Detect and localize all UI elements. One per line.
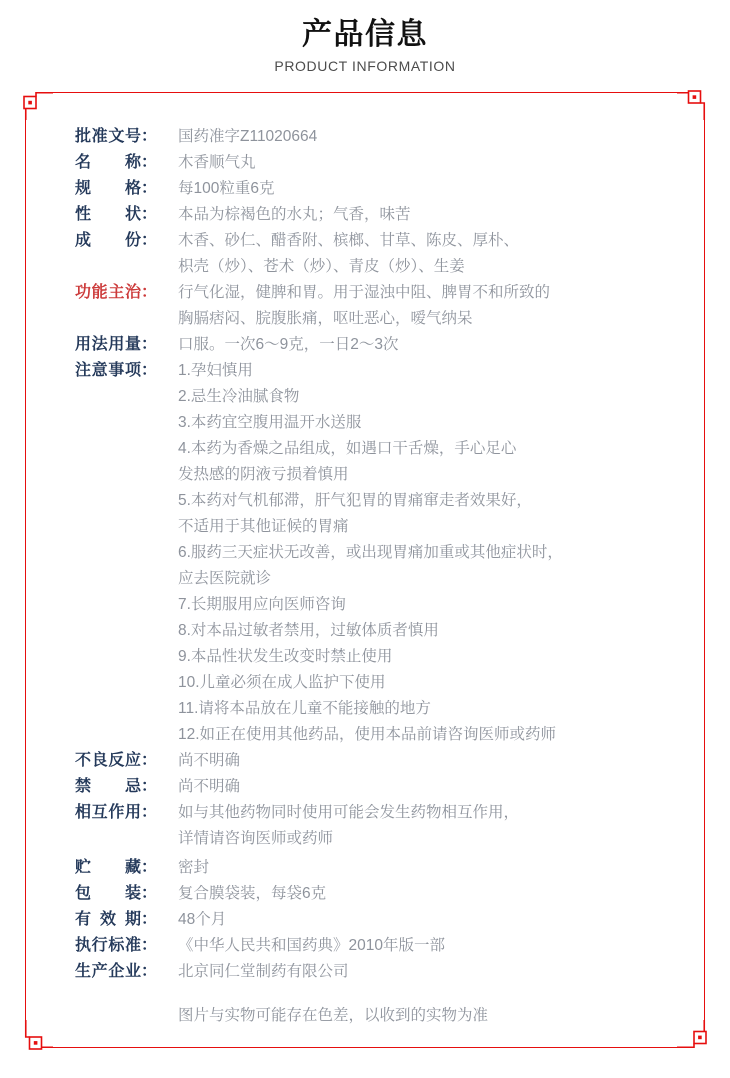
field-value: 2.忌生冷油腻食物 <box>178 384 660 410</box>
field-label: 不良反应 <box>75 748 141 774</box>
field-label: 注意事项 <box>75 358 141 384</box>
row-precautions: 注意事项： 1.孕妇慎用 2.忌生冷油腻食物 3.本药宜空腹用温开水送服 4.本… <box>75 358 660 748</box>
field-label: 功能主治 <box>75 280 141 306</box>
label-colon: ： <box>141 778 157 795</box>
field-value: 发热感的阴液亏损着慎用 <box>178 462 660 488</box>
label-colon: ： <box>141 284 157 301</box>
field-value: 复合膜袋装，每袋6克 <box>178 881 660 907</box>
field-value: 北京同仁堂制药有限公司 <box>178 959 660 985</box>
product-info-page: 产品信息 PRODUCT INFORMATION <box>0 0 730 1078</box>
field-value: 行气化湿，健脾和胃。用于湿浊中阻、脾胃不和所致的 <box>178 280 660 306</box>
field-value: 木香顺气丸 <box>178 150 660 176</box>
label-colon: ： <box>141 963 157 980</box>
label-colon: ： <box>141 937 157 954</box>
field-value: 尚不明确 <box>178 748 660 774</box>
field-value: 12.如正在使用其他药品，使用本品前请咨询医师或药师 <box>178 722 660 748</box>
field-value: 密封 <box>178 855 660 881</box>
label-colon: ： <box>141 336 157 353</box>
label-colon: ： <box>141 232 157 249</box>
color-difference-disclaimer: 图片与实物可能存在色差，以收到的实物为准 <box>178 1003 660 1029</box>
row-interactions: 相互作用： 如与其他药物同时使用可能会发生药物相互作用， 详情请咨询医师或药师 <box>75 800 660 852</box>
field-value: 3.本药宜空腹用温开水送服 <box>178 410 660 436</box>
label-colon: ： <box>141 180 157 197</box>
row-character: 性状： 本品为棕褐色的水丸；气香，味苦 <box>75 202 660 228</box>
field-value: 详情请咨询医师或药师 <box>178 826 660 852</box>
row-spec: 规格： 每100粒重6克 <box>75 176 660 202</box>
field-label: 相互作用 <box>75 800 141 826</box>
product-fields: 批准文号： 国药准字Z11020664 名称： 木香顺气丸 规格： 每100粒重… <box>75 124 660 1029</box>
field-label: 批准文号 <box>75 124 141 150</box>
field-value: 不适用于其他证候的胃痛 <box>178 514 660 540</box>
corner-knot-icon <box>677 1020 711 1054</box>
field-label: 包装 <box>75 881 141 907</box>
field-label: 名称 <box>75 150 141 176</box>
field-value: 1.孕妇慎用 <box>178 358 660 384</box>
field-label: 性状 <box>75 202 141 228</box>
field-value: 口服。一次6～9克，一日2～3次 <box>178 332 660 358</box>
label-colon: ： <box>141 154 157 171</box>
field-value: 4.本药为香燥之品组成，如遇口干舌燥，手心足心 <box>178 436 660 462</box>
label-colon: ： <box>141 911 157 928</box>
row-name: 名称： 木香顺气丸 <box>75 150 660 176</box>
label-colon: ： <box>141 752 157 769</box>
row-shelf-life: 有效期： 48个月 <box>75 907 660 933</box>
field-label: 成份 <box>75 228 141 254</box>
field-value: 7.长期服用应向医师咨询 <box>178 592 660 618</box>
field-value: 8.对本品过敏者禁用，过敏体质者慎用 <box>178 618 660 644</box>
field-value: 如与其他药物同时使用可能会发生药物相互作用， <box>178 800 660 826</box>
field-value: 枳壳（炒）、苍术（炒）、青皮（炒）、生姜 <box>178 254 660 280</box>
label-colon: ： <box>141 804 157 821</box>
corner-knot-icon <box>677 86 711 120</box>
field-value: 本品为棕褐色的水丸；气香，味苦 <box>178 202 660 228</box>
field-value: 国药准字Z11020664 <box>178 124 660 150</box>
page-subtitle: PRODUCT INFORMATION <box>0 58 730 74</box>
row-ingredients: 成份： 木香、砂仁、醋香附、槟榔、甘草、陈皮、厚朴、 枳壳（炒）、苍术（炒）、青… <box>75 228 660 280</box>
row-adverse-reactions: 不良反应： 尚不明确 <box>75 748 660 774</box>
label-colon: ： <box>141 206 157 223</box>
corner-knot-icon <box>19 1020 53 1054</box>
row-manufacturer: 生产企业： 北京同仁堂制药有限公司 <box>75 959 660 985</box>
row-indications: 功能主治： 行气化湿，健脾和胃。用于湿浊中阻、脾胃不和所致的 胸膈痞闷、脘腹胀痛… <box>75 280 660 332</box>
row-storage: 贮藏： 密封 <box>75 855 660 881</box>
field-value: 9.本品性状发生改变时禁止使用 <box>178 644 660 670</box>
row-contraindications: 禁忌： 尚不明确 <box>75 774 660 800</box>
row-dosage: 用法用量： 口服。一次6～9克，一日2～3次 <box>75 332 660 358</box>
row-approval-number: 批准文号： 国药准字Z11020664 <box>75 124 660 150</box>
page-header: 产品信息 PRODUCT INFORMATION <box>0 18 730 74</box>
label-colon: ： <box>141 885 157 902</box>
field-value: 6.服药三天症状无改善，或出现胃痛加重或其他症状时， <box>178 540 660 566</box>
row-standard: 执行标准： 《中华人民共和国药典》2010年版一部 <box>75 933 660 959</box>
row-packaging: 包装： 复合膜袋装，每袋6克 <box>75 881 660 907</box>
field-label: 生产企业 <box>75 959 141 985</box>
field-value: 木香、砂仁、醋香附、槟榔、甘草、陈皮、厚朴、 <box>178 228 660 254</box>
field-label: 有效期 <box>75 907 141 933</box>
field-value: 应去医院就诊 <box>178 566 660 592</box>
field-value: 每100粒重6克 <box>178 176 660 202</box>
field-value: 尚不明确 <box>178 774 660 800</box>
field-label: 禁忌 <box>75 774 141 800</box>
field-label: 执行标准 <box>75 933 141 959</box>
field-value: 11.请将本品放在儿童不能接触的地方 <box>178 696 660 722</box>
field-value: 5.本药对气机郁滞，肝气犯胃的胃痛窜走者效果好， <box>178 488 660 514</box>
label-colon: ： <box>141 128 157 145</box>
field-value: 48个月 <box>178 907 660 933</box>
corner-knot-icon <box>19 86 53 120</box>
field-label: 规格 <box>75 176 141 202</box>
field-label: 贮藏 <box>75 855 141 881</box>
field-value: 胸膈痞闷、脘腹胀痛，呕吐恶心，嗳气纳呆 <box>178 306 660 332</box>
field-label: 用法用量 <box>75 332 141 358</box>
field-value: 10.儿童必须在成人监护下使用 <box>178 670 660 696</box>
field-value: 《中华人民共和国药典》2010年版一部 <box>178 933 660 959</box>
label-colon: ： <box>141 362 157 379</box>
label-colon: ： <box>141 859 157 876</box>
page-title: 产品信息 <box>0 18 730 52</box>
